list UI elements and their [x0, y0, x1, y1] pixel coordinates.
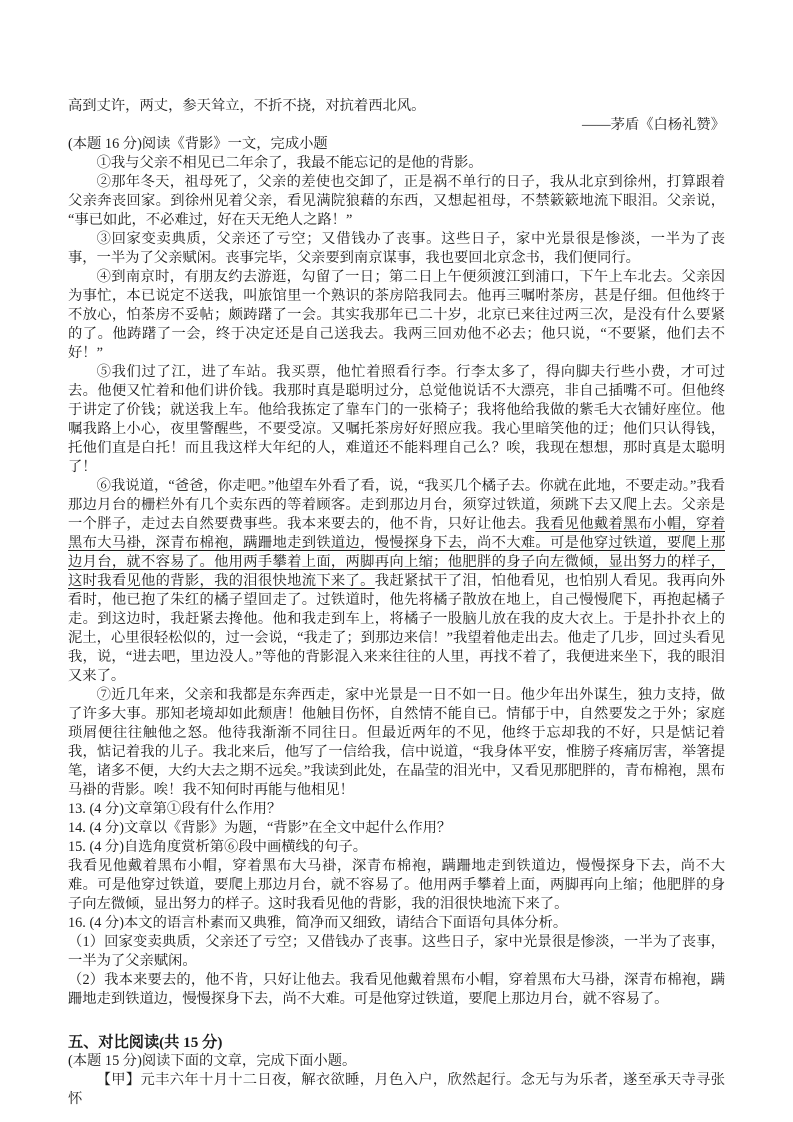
article-paragraph-6: ⑥我说道，“爸爸，你走吧。”他望车外看了看，说，“我买几个橘子去。你就在此地，不… [68, 477, 725, 686]
question-15-quoted-passage: 我看见他戴着黑布小帽，穿着黑布大马褂，深青布棉袍，蹒跚地走到铁道边，慢慢探身下去… [68, 857, 725, 914]
passage-jia-opening-line: 【甲】元丰六年十月十二日夜，解衣欲睡，月色入户，欣然起行。念无与为乐者，遂至承天… [68, 1071, 725, 1109]
document-page: 高到丈许，两丈，参天耸立，不折不挠，对抗着西北风。 ——茅盾《白杨礼赞》 (本题… [0, 0, 793, 1122]
article-paragraph-1: ①我与父亲不相见已二年余了，我最不能忘记的是他的背影。 [68, 154, 725, 173]
article-paragraph-4: ④到南京时，有朋友约去游逛，勾留了一日；第二日上午便须渡江到浦口，下午上车北去。… [68, 268, 725, 363]
section-5-heading: 五、对比阅读(共 15 分) [68, 1033, 725, 1052]
paragraph-6-trailing-text: 我赶紧拭干了泪，怕他看见，也怕别人看见。我再向外看时，他已抱了朱红的橘子望回走了… [68, 573, 725, 684]
article-paragraph-5: ⑤我们过了江，进了车站。我买票，他忙着照看行李。行李太多了，得向脚夫行些小费，才… [68, 363, 725, 477]
section-5-instruction: (本题 15 分)阅读下面的文章，完成下面小题。 [68, 1052, 725, 1071]
reading1-instruction: (本题 16 分)阅读《背影》一文，完成小题 [68, 135, 725, 154]
excerpt-attribution: ——茅盾《白杨礼赞》 [68, 116, 725, 135]
question-15: 15. (4 分)自选角度赏析第⑥段中画横线的句子。 [68, 838, 725, 857]
question-16-item-1: （1）回家变卖典质，父亲还了亏空；又借钱办了丧事。这些日子，家中光景很是惨淡，一… [68, 933, 725, 971]
excerpt-closing-line: 高到丈许，两丈，参天耸立，不折不挠，对抗着西北风。 [68, 97, 725, 116]
article-paragraph-7: ⑦近几年来，父亲和我都是东奔西走，家中光景是一日不如一日。他少年出外谋生，独力支… [68, 686, 725, 800]
question-13: 13. (4 分)文章第①段有什么作用？ [68, 800, 725, 819]
question-16-item-2: （2）我本来要去的，他不肯，只好让他去。我看见他戴着黑布小帽，穿着黑布大马褂，深… [68, 971, 725, 1009]
article-paragraph-2: ②那年冬天，祖母死了，父亲的差使也交卸了，正是祸不单行的日子，我从北京到徐州，打… [68, 173, 725, 230]
question-14: 14. (4 分)文章以《背影》为题，“背影”在全文中起什么作用？ [68, 819, 725, 838]
question-16: 16. (4 分)本文的语言朴素而又典雅，简净而又细致，请结合下面语句具体分析。 [68, 914, 725, 933]
article-paragraph-3: ③回家变卖典质，父亲还了亏空；又借钱办了丧事。这些日子，家中光景很是惨淡，一半为… [68, 230, 725, 268]
